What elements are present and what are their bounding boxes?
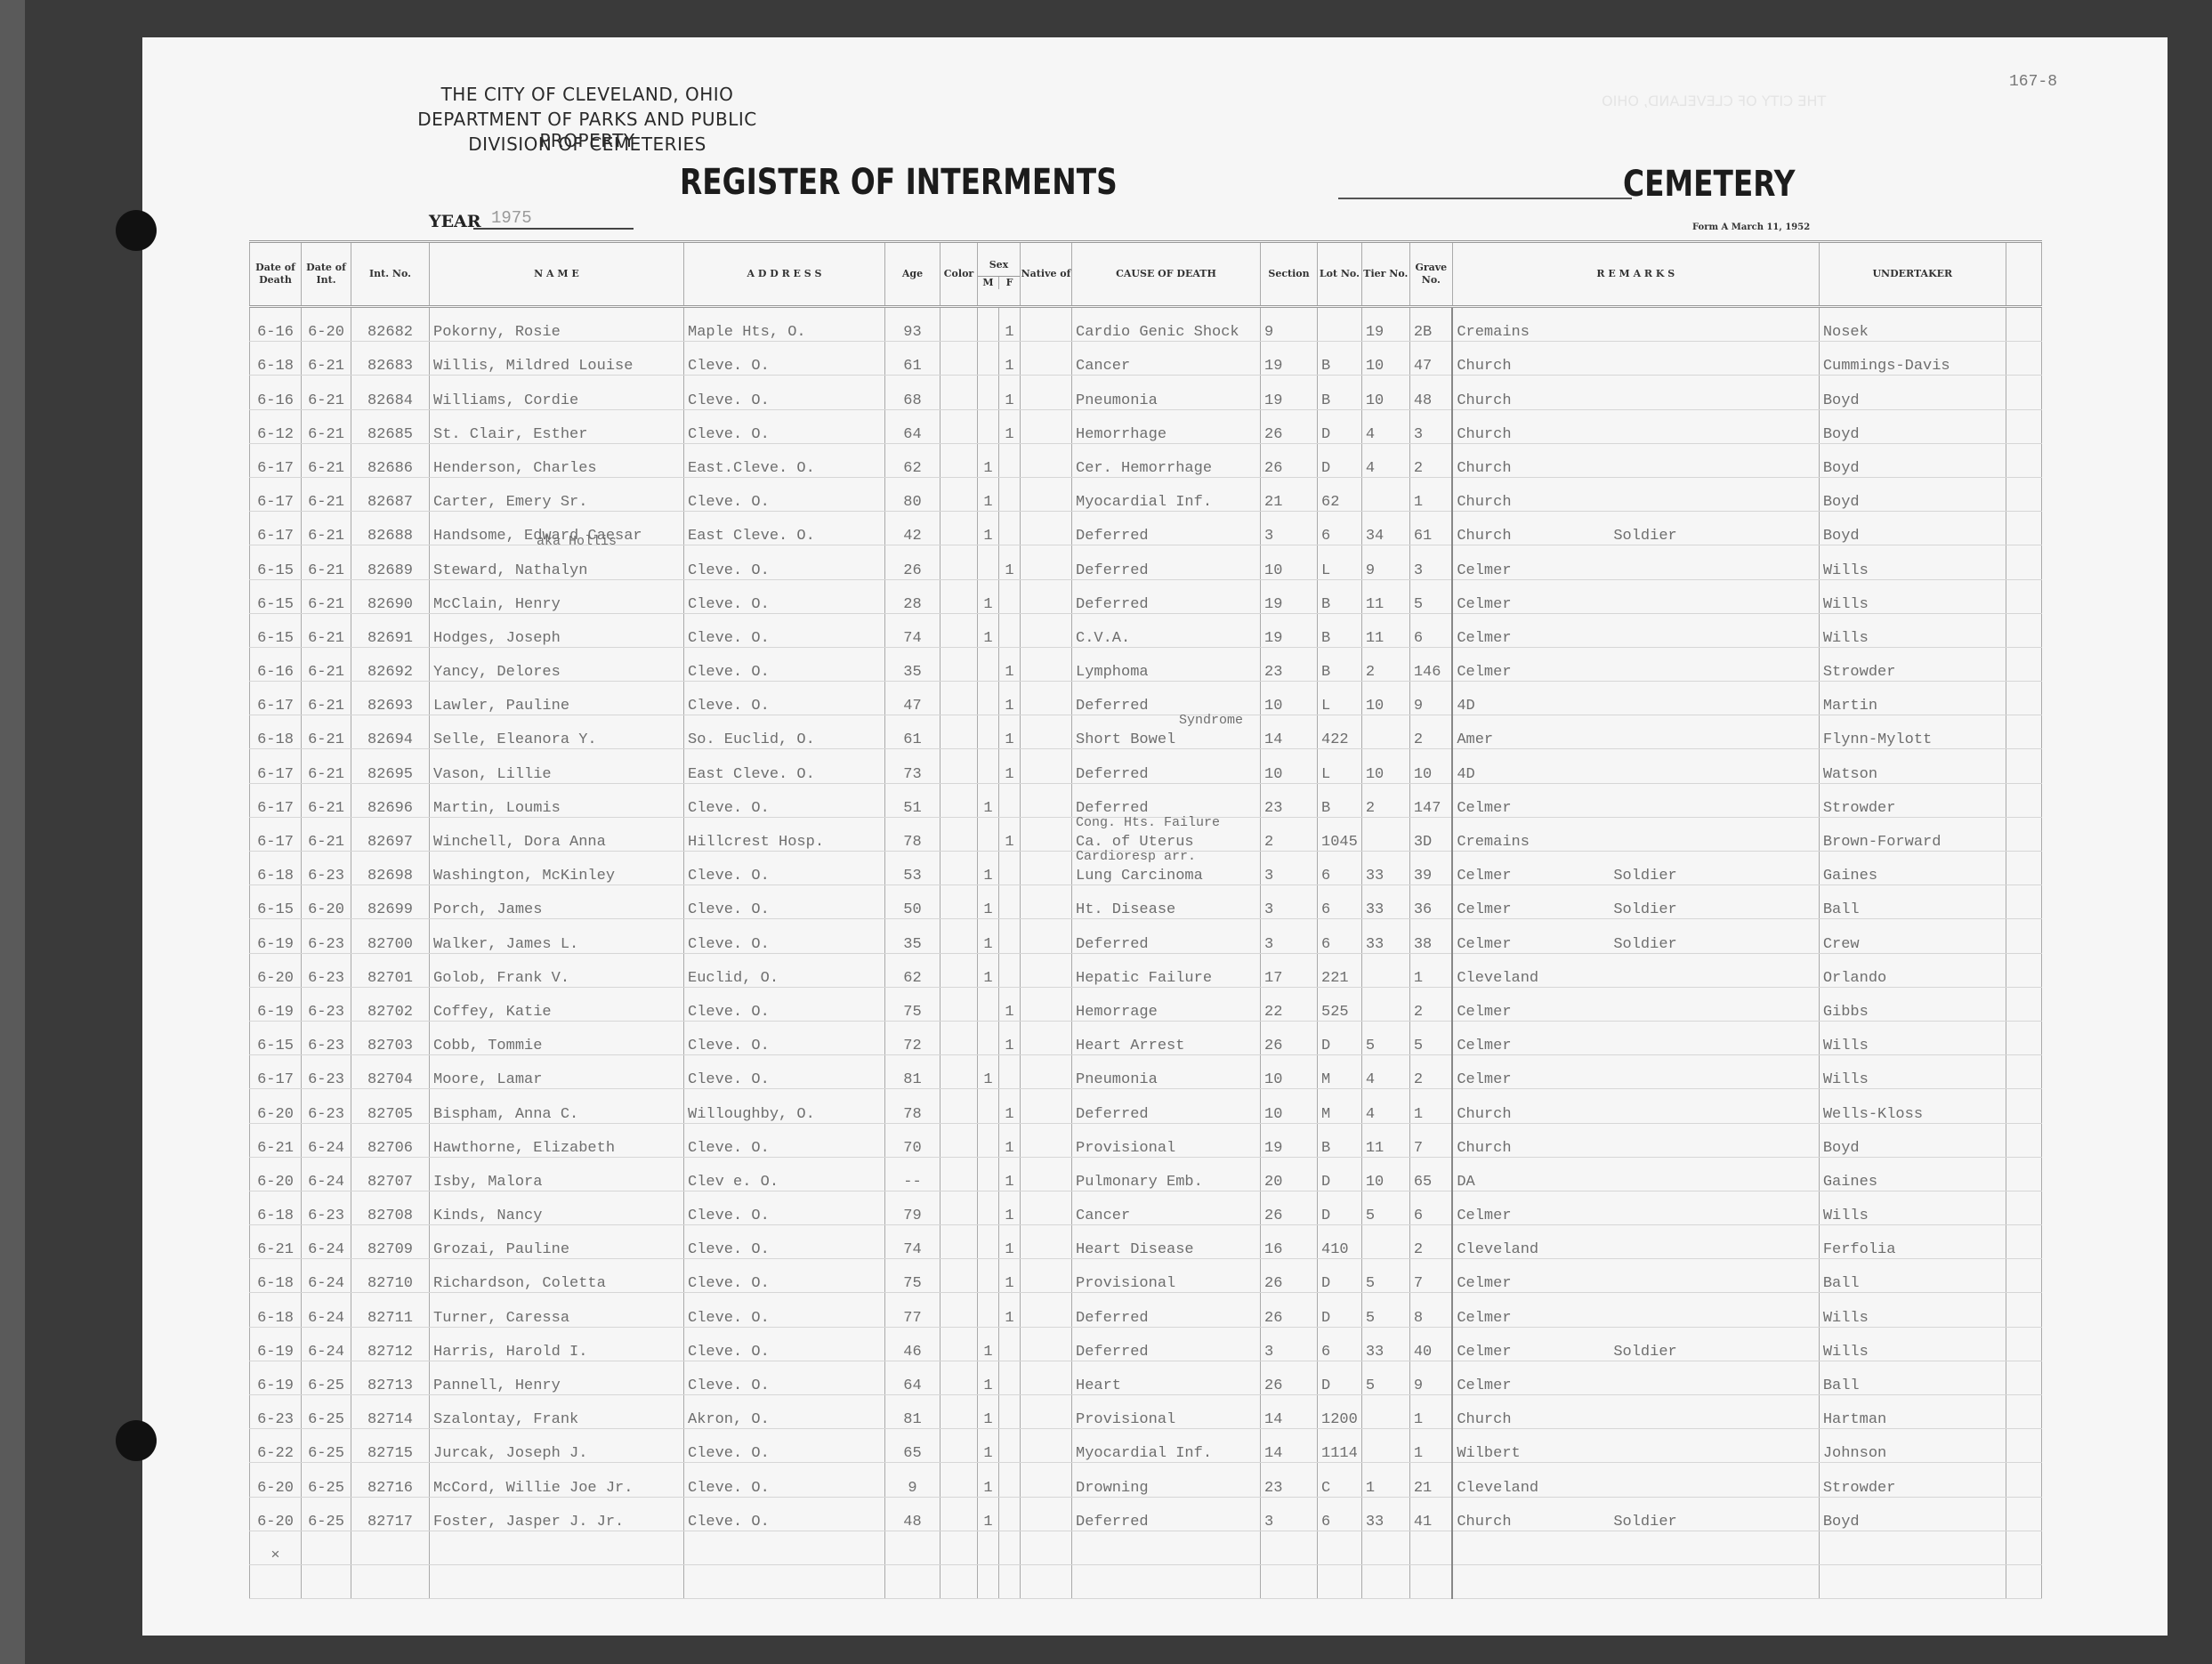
cause-of-death-value: Cancer	[1076, 358, 1130, 375]
cause-of-death-value: Cancer	[1076, 1208, 1130, 1224]
cell-color	[941, 1327, 978, 1361]
cell-margin	[2006, 443, 2041, 477]
remarks-vault: Celmer	[1457, 901, 1511, 918]
undertaker-value: Wills	[1823, 1310, 1869, 1327]
cell-sex-f	[999, 477, 1021, 511]
cell-int-no: 82696	[351, 783, 430, 817]
cell-name	[430, 1564, 684, 1598]
cell-color	[941, 817, 978, 851]
tier-no-value: 4	[1366, 426, 1375, 443]
age-value: 64	[903, 426, 921, 443]
cell-native-of	[1021, 1564, 1072, 1598]
cell-undertaker: Johnson	[1819, 1429, 2006, 1463]
cell-native-of	[1021, 783, 1072, 817]
cell-name: Selle, Eleanora Y.	[430, 715, 684, 749]
address-value: Cleve. O.	[688, 392, 770, 409]
cell-sex-m: 1	[978, 919, 999, 953]
sex-f-value: 1	[1005, 1140, 1013, 1157]
cell-remarks: Wilbert	[1452, 1429, 1819, 1463]
cell-lot-no: 1045	[1318, 817, 1362, 851]
cell-sex-f	[999, 953, 1021, 987]
cell-cause-of-death: Heart	[1072, 1361, 1261, 1394]
date-of-death-value: 6-15	[257, 630, 294, 647]
address-value: East Cleve. O.	[688, 528, 815, 545]
cell-color	[941, 885, 978, 919]
cell-date-of-death: 6-17	[250, 817, 302, 851]
cell-sex-f	[999, 1055, 1021, 1089]
lot-no-value: 221	[1321, 970, 1349, 987]
cell-date-of-death: 6-19	[250, 1327, 302, 1361]
cell-int-no: 82700	[351, 919, 430, 953]
cell-date-of-int: 6-24	[302, 1225, 351, 1259]
cell-cause-of-death: Hemorrage	[1072, 987, 1261, 1021]
remarks-vault: Celmer	[1457, 630, 1511, 647]
cell-cause-of-death: Deferred	[1072, 919, 1261, 953]
date-of-death-value: 6-15	[257, 562, 294, 579]
date-of-int-value: 6-25	[308, 1411, 344, 1428]
cell-date-of-int: 6-23	[302, 1055, 351, 1089]
col-sex-label: Sex	[989, 259, 1009, 271]
lot-no-value: D	[1321, 1038, 1330, 1054]
col-undertaker: UNDERTAKER	[1819, 242, 2006, 307]
cell-sex-f	[999, 1429, 1021, 1463]
cell-address: Cleve. O.	[684, 885, 885, 919]
cell-sex-m	[978, 409, 999, 443]
cell-margin	[2006, 342, 2041, 376]
cell-color	[941, 409, 978, 443]
cell-grave-no: 65	[1409, 1157, 1452, 1191]
int-no-value: 82701	[367, 970, 413, 987]
cell-sex-f: 1	[999, 307, 1021, 342]
grave-no-value: 3	[1414, 426, 1423, 443]
table-row: 6-176-2382704Moore, LamarCleve. O.811Pne…	[250, 1055, 2042, 1089]
form-note: Form A March 11, 1952	[1692, 222, 1810, 232]
date-of-int-value: 6-21	[308, 562, 344, 579]
cell-age: 35	[885, 919, 941, 953]
cell-int-no: 82702	[351, 987, 430, 1021]
cell-sex-f: 1	[999, 1089, 1021, 1123]
cell-int-no	[351, 1564, 430, 1598]
remarks-vault: Church	[1457, 460, 1511, 477]
date-of-death-value: 6-15	[257, 901, 294, 918]
cell-name: Coffey, Katie	[430, 987, 684, 1021]
cell-grave-no: 9	[1409, 1361, 1452, 1394]
remarks-vault: Church	[1457, 358, 1511, 375]
int-no-value: 82690	[367, 596, 413, 613]
cell-sex-f	[999, 443, 1021, 477]
cell-lot-no: B	[1318, 342, 1362, 376]
cell-remarks: Church	[1452, 376, 1819, 409]
sex-f-value: 1	[1005, 1208, 1013, 1224]
cell-margin	[2006, 1564, 2041, 1598]
cell-tier-no	[1361, 1531, 1409, 1564]
date-of-death-value: 6-19	[257, 1344, 294, 1361]
sex-f-value: 1	[1005, 358, 1013, 375]
cell-sex-f	[999, 1395, 1021, 1429]
cell-grave-no: 3	[1409, 545, 1452, 579]
cell-date-of-death: 6-18	[250, 1259, 302, 1293]
cell-address: Cleve. O.	[684, 919, 885, 953]
cell-date-of-int: 6-20	[302, 307, 351, 342]
date-of-int-value: 6-21	[308, 392, 344, 409]
date-of-death-value: 6-17	[257, 528, 294, 545]
cell-address: Cleve. O.	[684, 613, 885, 647]
cell-sex-m: 1	[978, 512, 999, 545]
table-row: 6-176-2182697Winchell, Dora AnnaHillcres…	[250, 817, 2042, 851]
date-of-death-value: 6-23	[257, 1411, 294, 1428]
cell-name: Martin, Loumis	[430, 783, 684, 817]
cell-margin	[2006, 307, 2041, 342]
cell-name: Walker, James L.	[430, 919, 684, 953]
header-row: Date of Death Date of Int. Int. No. N A …	[250, 242, 2042, 307]
cell-date-of-int: 6-21	[302, 613, 351, 647]
cell-remarks: Cremains	[1452, 817, 1819, 851]
grave-no-value: 39	[1414, 868, 1432, 885]
age-value: 53	[903, 868, 921, 885]
cell-remarks: Church	[1452, 1123, 1819, 1157]
undertaker-value: Boyd	[1823, 1514, 1860, 1531]
date-of-int-value: 6-23	[308, 1071, 344, 1088]
cell-margin	[2006, 682, 2041, 715]
tier-no-value: 33	[1366, 1344, 1384, 1361]
remarks-vault: Celmer	[1457, 868, 1511, 885]
cell-color	[941, 1293, 978, 1327]
cell-grave-no: 1	[1409, 1089, 1452, 1123]
cell-date-of-int	[302, 1531, 351, 1564]
remarks-vault: Wilbert	[1457, 1445, 1520, 1462]
cause-of-death-value: Heart Disease	[1076, 1241, 1194, 1258]
cell-sex-m: 1	[978, 1327, 999, 1361]
cell-sex-m: 1	[978, 579, 999, 613]
cell-age: 70	[885, 1123, 941, 1157]
cell-tier-no	[1361, 953, 1409, 987]
cell-lot-no: D	[1318, 1361, 1362, 1394]
int-no-value: 82710	[367, 1275, 413, 1292]
remarks-note: Soldier	[1613, 936, 1676, 953]
cell-sex-f: 1	[999, 647, 1021, 681]
cell-section: 22	[1261, 987, 1318, 1021]
sex-f-value: 1	[1005, 1241, 1013, 1258]
name-value: Pokorny, Rosie	[433, 324, 561, 341]
cell-margin	[2006, 1055, 2041, 1089]
cell-margin	[2006, 1361, 2041, 1394]
cell-section: 19	[1261, 579, 1318, 613]
cell-grave-no: 146	[1409, 647, 1452, 681]
cell-date-of-int: 6-25	[302, 1361, 351, 1394]
cell-native-of	[1021, 1463, 1072, 1497]
sex-f-value: 1	[1005, 1275, 1013, 1292]
cell-remarks: Church	[1452, 342, 1819, 376]
grave-no-value: 6	[1414, 1208, 1423, 1224]
cell-tier-no: 11	[1361, 1123, 1409, 1157]
remarks-vault: Celmer	[1457, 936, 1511, 953]
name-value: Lawler, Pauline	[433, 698, 569, 715]
cell-date-of-int: 6-21	[302, 715, 351, 749]
cell-native-of	[1021, 1191, 1072, 1224]
cell-cause-of-death: Cancer	[1072, 1191, 1261, 1224]
undertaker-value: Boyd	[1823, 392, 1860, 409]
cell-date-of-int: 6-24	[302, 1259, 351, 1293]
cell-color	[941, 1463, 978, 1497]
col-date-of-int: Date of Int.	[302, 242, 351, 307]
cell-tier-no	[1361, 817, 1409, 851]
cell-grave-no: 1	[1409, 953, 1452, 987]
cell-color	[941, 1497, 978, 1531]
remarks-vault: Celmer	[1457, 1004, 1511, 1021]
cell-date-of-int: 6-21	[302, 443, 351, 477]
cause-of-death-value: Deferred	[1076, 936, 1149, 953]
address-value: Clev e. O.	[688, 1174, 779, 1191]
int-no-value: 82694	[367, 731, 413, 748]
table-row: 6-176-2182696Martin, LoumisCleve. O.511D…	[250, 783, 2042, 817]
cell-name: Winchell, Dora Anna	[430, 817, 684, 851]
tier-no-value: 10	[1366, 358, 1384, 375]
undertaker-value: Wills	[1823, 562, 1869, 579]
tier-no-value: 10	[1366, 392, 1384, 409]
date-of-death-value: 6-18	[257, 1208, 294, 1224]
cell-grave-no: 6	[1409, 1191, 1452, 1224]
cell-sex-f	[999, 613, 1021, 647]
cell-age: 75	[885, 1259, 941, 1293]
address-value: Cleve. O.	[688, 596, 770, 613]
name-value: Pannell, Henry	[433, 1377, 561, 1394]
tier-no-value: 11	[1366, 630, 1384, 647]
cell-remarks: Church	[1452, 1395, 1819, 1429]
cause-of-death-value: Deferred	[1076, 1514, 1149, 1531]
cell-section: 2	[1261, 817, 1318, 851]
cell-tier-no: 2	[1361, 647, 1409, 681]
cell-grave-no: 2	[1409, 1225, 1452, 1259]
section-value: 10	[1264, 1071, 1282, 1088]
cell-sex-f	[999, 852, 1021, 885]
cell-section: 14	[1261, 715, 1318, 749]
cell-sex-m	[978, 682, 999, 715]
date-of-death-value: 6-18	[257, 1275, 294, 1292]
sex-m-value: 1	[983, 596, 992, 613]
cause-of-death-value: Deferred	[1076, 1310, 1149, 1327]
col-color: Color	[941, 242, 978, 307]
section-value: 23	[1264, 1480, 1282, 1497]
lot-no-value: D	[1321, 1174, 1330, 1191]
cell-margin	[2006, 1191, 2041, 1224]
sex-m-value: 1	[983, 630, 992, 647]
cause-of-death-value: Ht. Disease	[1076, 901, 1175, 918]
cell-sex-f	[999, 1531, 1021, 1564]
date-of-death-value: 6-17	[257, 800, 294, 817]
cell-grave-no: 6	[1409, 613, 1452, 647]
cell-section: 26	[1261, 1021, 1318, 1054]
section-value: 3	[1264, 936, 1273, 953]
cell-sex-f	[999, 579, 1021, 613]
cell-grave-no: 2	[1409, 443, 1452, 477]
cell-section: 10	[1261, 749, 1318, 783]
cell-cause-of-death: Cer. Hemorrhage	[1072, 443, 1261, 477]
cell-grave-no: 48	[1409, 376, 1452, 409]
cell-tier-no: 33	[1361, 852, 1409, 885]
remarks-vault: Celmer	[1457, 664, 1511, 681]
section-value: 3	[1264, 1344, 1273, 1361]
cell-lot-no: 6	[1318, 885, 1362, 919]
col-sex-m: M	[978, 277, 998, 289]
sex-m-value: 1	[983, 901, 992, 918]
name-value: Turner, Caressa	[433, 1310, 569, 1327]
cell-address: Cleve. O.	[684, 783, 885, 817]
table-row: 6-236-2582714Szalontay, FrankAkron, O.81…	[250, 1395, 2042, 1429]
col-lot-no: Lot No.	[1318, 242, 1362, 307]
grave-no-value: 3D	[1414, 834, 1432, 851]
cell-date-of-death: 6-18	[250, 852, 302, 885]
cell-sex-f: 1	[999, 1191, 1021, 1224]
age-value: 80	[903, 494, 921, 511]
cell-sex-m: 1	[978, 613, 999, 647]
date-of-death-value: 6-17	[257, 460, 294, 477]
cell-name: Pannell, Henry	[430, 1361, 684, 1394]
cell-undertaker: Gibbs	[1819, 987, 2006, 1021]
cell-tier-no: 4	[1361, 1055, 1409, 1089]
cell-undertaker: Gaines	[1819, 852, 2006, 885]
cell-sex-m	[978, 1293, 999, 1327]
cell-address: Cleve. O.	[684, 1021, 885, 1054]
cell-color	[941, 579, 978, 613]
cell-name: Hodges, Joseph	[430, 613, 684, 647]
cell-tier-no	[1361, 1564, 1409, 1598]
table-row: 6-206-2582717Foster, Jasper J. Jr.Cleve.…	[250, 1497, 2042, 1531]
cell-age: 61	[885, 715, 941, 749]
cell-remarks: Church	[1452, 409, 1819, 443]
cell-tier-no: 4	[1361, 1089, 1409, 1123]
date-of-death-value: 6-20	[257, 1514, 294, 1531]
cell-name: Turner, Caressa	[430, 1293, 684, 1327]
date-of-int-value: 6-21	[308, 664, 344, 681]
name-value: Hodges, Joseph	[433, 630, 561, 647]
grave-no-value: 6	[1414, 630, 1423, 647]
date-of-int-value: 6-24	[308, 1174, 344, 1191]
address-value: Cleve. O.	[688, 800, 770, 817]
age-value: 68	[903, 392, 921, 409]
cell-tier-no: 4	[1361, 443, 1409, 477]
int-no-value: 82683	[367, 358, 413, 375]
cell-grave-no: 5	[1409, 1021, 1452, 1054]
cell-tier-no: 19	[1361, 307, 1409, 342]
col-cause-of-death: CAUSE OF DEATH	[1072, 242, 1261, 307]
section-value: 20	[1264, 1174, 1282, 1191]
cell-grave-no: 3D	[1409, 817, 1452, 851]
name-value: Yancy, Delores	[433, 664, 561, 681]
grave-no-value: 65	[1414, 1174, 1432, 1191]
cell-age: 77	[885, 1293, 941, 1327]
col-age: Age	[885, 242, 941, 307]
lot-no-value: D	[1321, 1275, 1330, 1292]
cell-section: 19	[1261, 613, 1318, 647]
cell-native-of	[1021, 545, 1072, 579]
cell-sex-f: 1	[999, 987, 1021, 1021]
int-no-value: 82707	[367, 1174, 413, 1191]
cell-date-of-int	[302, 1564, 351, 1598]
cell-cause-of-death: Cancer	[1072, 342, 1261, 376]
cell-cause-of-death: Hemorrhage	[1072, 409, 1261, 443]
table-row: 6-156-2182691Hodges, JosephCleve. O.741C…	[250, 613, 2042, 647]
remarks-vault: Celmer	[1457, 1275, 1511, 1292]
int-no-value: 82716	[367, 1480, 413, 1497]
blank-row: ×	[250, 1531, 2042, 1564]
grave-no-value: 1	[1414, 1445, 1423, 1462]
cell-color	[941, 1395, 978, 1429]
cell-cause-of-death: Pneumonia	[1072, 1055, 1261, 1089]
cell-address: Cleve. O.	[684, 1259, 885, 1293]
cause-of-death-value: Heart Arrest	[1076, 1038, 1184, 1054]
cell-native-of	[1021, 749, 1072, 783]
grave-no-value: 61	[1414, 528, 1432, 545]
cell-section: 26	[1261, 1191, 1318, 1224]
cell-grave-no: 5	[1409, 579, 1452, 613]
cell-section: 21	[1261, 477, 1318, 511]
table-row: 6-156-2382703Cobb, TommieCleve. O.721Hea…	[250, 1021, 2042, 1054]
cell-margin	[2006, 409, 2041, 443]
cell-tier-no: 10	[1361, 376, 1409, 409]
undertaker-value: Crew	[1823, 936, 1860, 953]
cell-cause-of-death: Myocardial Inf.	[1072, 477, 1261, 511]
cell-date-of-int: 6-23	[302, 987, 351, 1021]
cell-age: 47	[885, 682, 941, 715]
undertaker-value: Flynn-Mylott	[1823, 731, 1932, 748]
cell-lot-no	[1318, 1531, 1362, 1564]
date-of-death-value: 6-15	[257, 1038, 294, 1054]
address-value: Cleve. O.	[688, 1140, 770, 1157]
table-row: 6-226-2582715Jurcak, Joseph J.Cleve. O.6…	[250, 1429, 2042, 1463]
grave-no-value: 1	[1414, 1411, 1423, 1428]
age-value: 74	[903, 1241, 921, 1258]
col-sex-f: F	[998, 277, 1020, 289]
cell-native-of	[1021, 682, 1072, 715]
cell-remarks: Celmer	[1452, 545, 1819, 579]
undertaker-value: Gaines	[1823, 1174, 1877, 1191]
age-value: 35	[903, 664, 921, 681]
cell-date-of-death: 6-15	[250, 579, 302, 613]
grave-no-value: 21	[1414, 1480, 1432, 1497]
cell-section: 3	[1261, 919, 1318, 953]
lot-no-value: B	[1321, 1140, 1330, 1157]
grave-no-value: 7	[1414, 1140, 1423, 1157]
cell-int-no: 82715	[351, 1429, 430, 1463]
cell-grave-no: 2	[1409, 987, 1452, 1021]
cell-tier-no	[1361, 1225, 1409, 1259]
cell-color	[941, 852, 978, 885]
cell-margin	[2006, 647, 2041, 681]
lot-no-value: D	[1321, 460, 1330, 477]
cell-sex-f	[999, 1463, 1021, 1497]
age-value: 26	[903, 562, 921, 579]
cell-address: Cleve. O.	[684, 1293, 885, 1327]
grave-no-value: 3	[1414, 562, 1423, 579]
age-value: 78	[903, 1106, 921, 1123]
lot-no-value: L	[1321, 698, 1330, 715]
cause-of-death-value: Hemorrhage	[1076, 426, 1167, 443]
cell-color	[941, 1123, 978, 1157]
cell-section: 3	[1261, 852, 1318, 885]
cell-undertaker: Boyd	[1819, 1123, 2006, 1157]
cell-native-of	[1021, 817, 1072, 851]
cell-remarks: CelmerSoldier	[1452, 885, 1819, 919]
year-value: 1975	[473, 208, 634, 230]
cell-native-of	[1021, 852, 1072, 885]
date-of-death-value: 6-16	[257, 324, 294, 341]
cell-address: So. Euclid, O.	[684, 715, 885, 749]
int-no-value: 82699	[367, 901, 413, 918]
address-value: Cleve. O.	[688, 1275, 770, 1292]
lot-no-value: 1200	[1321, 1411, 1358, 1428]
cell-undertaker: Ball	[1819, 1361, 2006, 1394]
cause-of-death-value: Pulmonary Emb.	[1076, 1174, 1203, 1191]
